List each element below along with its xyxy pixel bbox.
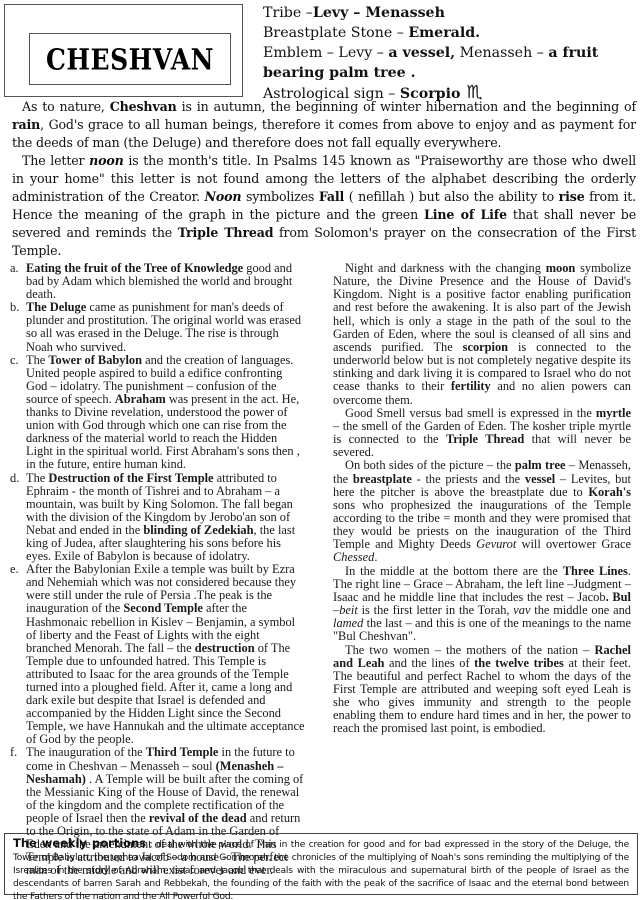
list-item: b.The Deluge came as punishment for man'… — [10, 301, 306, 353]
weekly-portions-heading: The weekly portions — [13, 836, 146, 850]
stone-label: Breastplate Stone – — [263, 25, 408, 41]
paragraph: Good Smell versus bad smell is expressed… — [333, 407, 631, 460]
list-item: c.The Tower of Babylon and the creation … — [10, 354, 306, 472]
tribe-label: Tribe – — [263, 5, 313, 21]
emblem-line: Emblem – Levy – a vessel, Menasseh – a f… — [263, 43, 638, 63]
emblem-mid: Menasseh – — [455, 45, 548, 61]
emblem-line-2: bearing palm tree . — [263, 63, 638, 83]
emblem-label: Emblem – Levy – — [263, 45, 388, 61]
list-marker: c. — [10, 354, 26, 367]
emblem-value-fruit: a fruit — [548, 45, 598, 61]
list-item: d.The Destruction of the First Temple at… — [10, 472, 306, 564]
emblem-value-vessel: a vessel, — [388, 45, 455, 61]
paragraph: Night and darkness with the changing moo… — [333, 262, 631, 407]
left-column-list: a.Eating the fruit of the Tree of Knowle… — [10, 262, 306, 877]
emblem-value-palm: bearing palm tree . — [263, 65, 416, 81]
tribe-line: Tribe –Levy – Menasseh — [263, 3, 638, 23]
list-marker: a. — [10, 262, 26, 275]
intro-paragraph-letter: The letter noon is the month's title. In… — [12, 152, 636, 260]
list-item: a.Eating the fruit of the Tree of Knowle… — [10, 262, 306, 301]
intro-text: As to nature, Cheshvan is in autumn, the… — [12, 98, 636, 260]
page-title: CHESHVAN — [46, 42, 214, 75]
month-attributes: Tribe –Levy – Menasseh Breastplate Stone… — [263, 3, 638, 104]
list-marker: e. — [10, 563, 26, 576]
intro-paragraph-nature: As to nature, Cheshvan is in autumn, the… — [12, 98, 636, 152]
title-inner-frame: CHESHVAN — [29, 33, 231, 85]
list-marker: b. — [10, 301, 26, 314]
paragraph: On both sides of the picture – the palm … — [333, 459, 631, 564]
stone-value: Emerald. — [408, 25, 480, 41]
paragraph: The two women – the mothers of the natio… — [333, 644, 631, 736]
right-column-text: Night and darkness with the changing moo… — [333, 262, 631, 736]
list-marker: d. — [10, 472, 26, 485]
tribe-value: Levy – Menasseh — [313, 5, 445, 21]
paragraph: In the middle at the bottom there are th… — [333, 565, 631, 644]
weekly-portions-box: The weekly portions : deal with the plac… — [4, 833, 638, 895]
list-marker: f. — [10, 746, 26, 759]
stone-line: Breastplate Stone – Emerald. — [263, 23, 638, 43]
list-item: e.After the Babylonian Exile a temple wa… — [10, 563, 306, 746]
title-frame: CHESHVAN — [4, 4, 243, 97]
